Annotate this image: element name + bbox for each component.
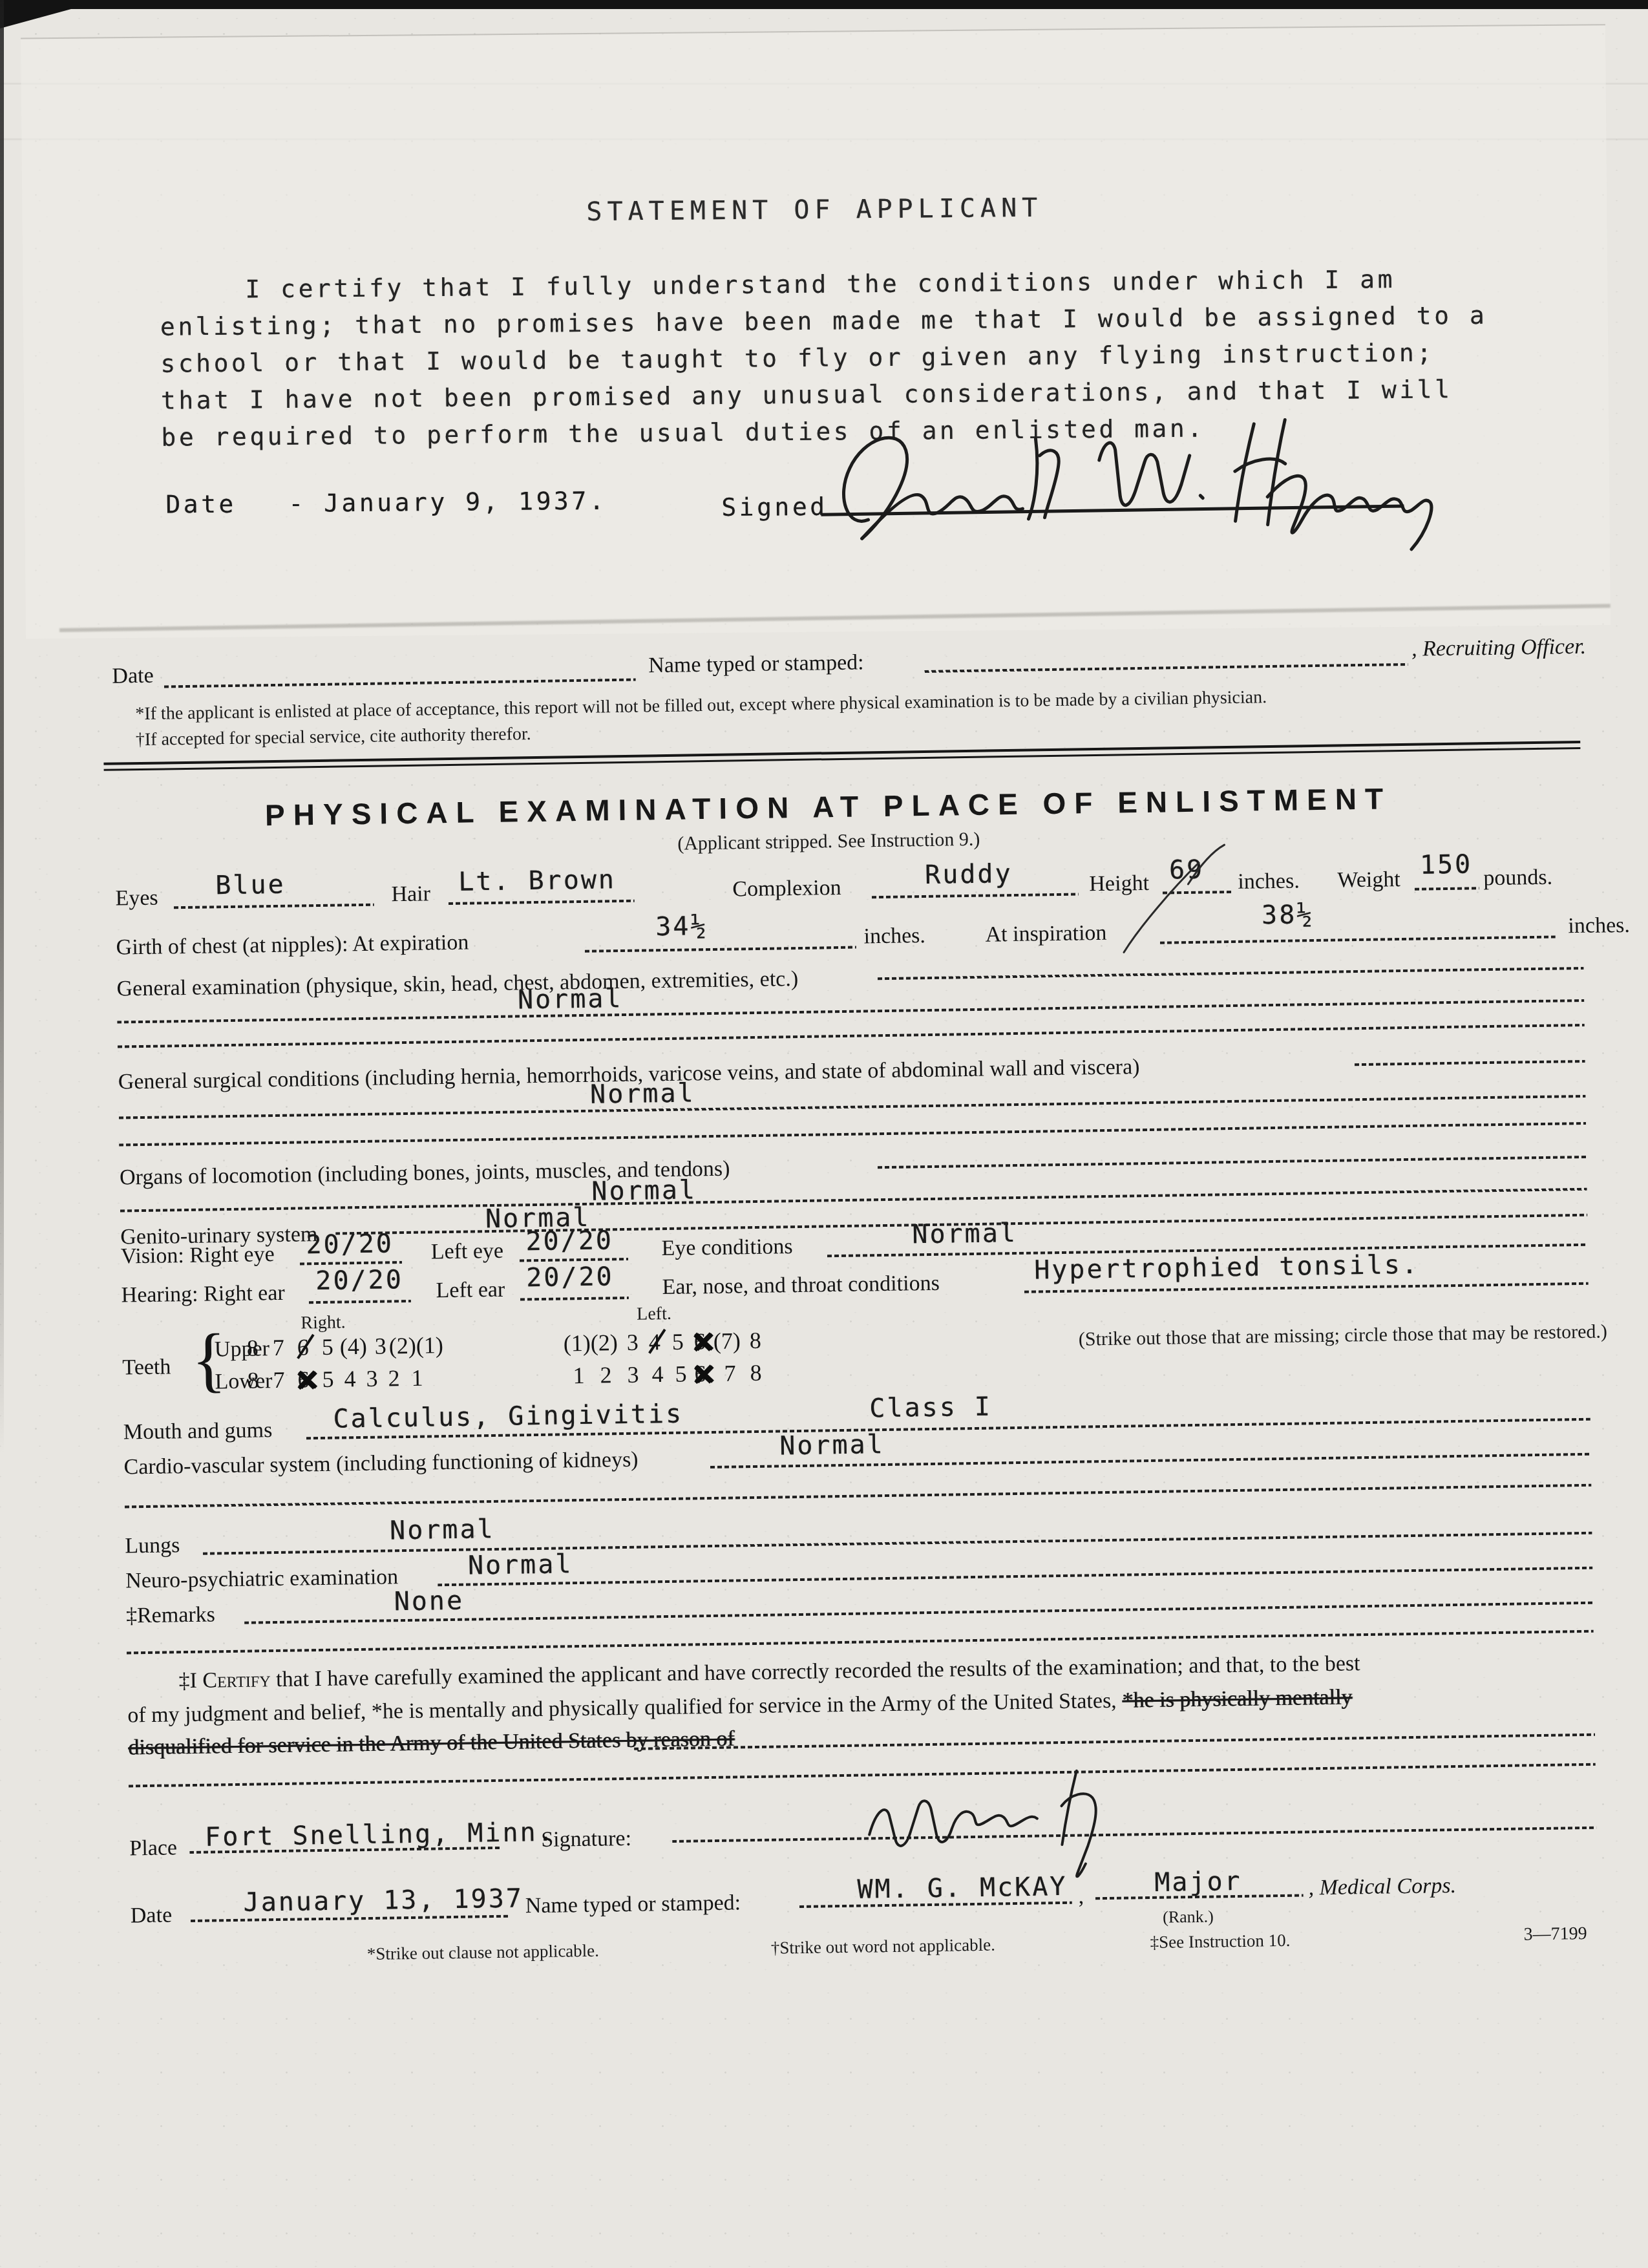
lungs-value: Normal bbox=[390, 1514, 495, 1545]
dotted-line bbox=[878, 967, 1584, 980]
tooth-lower-left-4: 4 bbox=[651, 1361, 664, 1388]
hair-value: Lt. Brown bbox=[458, 865, 616, 897]
tooth-lower-left-2: 2 bbox=[600, 1361, 612, 1388]
dotted-line bbox=[872, 893, 1079, 898]
footnote-acceptance: *If the applicant is enlisted at place o… bbox=[135, 687, 1267, 725]
attestation-date-label: Date bbox=[131, 1903, 173, 1928]
complexion-value: Ruddy bbox=[925, 859, 1013, 890]
tooth-lower-right-6-struck: 6 bbox=[297, 1366, 310, 1393]
tooth-lower-left-1: 1 bbox=[573, 1362, 585, 1389]
place-value: Fort Snelling, Minn. bbox=[205, 1818, 555, 1852]
surgical-value: Normal bbox=[590, 1078, 695, 1109]
recruiting-officer-label: , Recruiting Officer. bbox=[1411, 635, 1587, 662]
general-exam-label: General examination (physique, skin, hea… bbox=[116, 967, 798, 1002]
tooth-upper-right-5: 5 bbox=[322, 1333, 334, 1361]
document-page: STATEMENT OF APPLICANT I certify that I … bbox=[0, 0, 1648, 2268]
vision-left-value: 20/20 bbox=[525, 1225, 613, 1256]
lungs-label: Lungs bbox=[125, 1533, 180, 1558]
certification-line2: of my judgment and belief, *he is mental… bbox=[127, 1685, 1352, 1728]
tooth-upper-right-3: 3 bbox=[375, 1332, 387, 1359]
dotted-line bbox=[164, 679, 636, 688]
rank-value: Major bbox=[1154, 1867, 1242, 1898]
eye-conditions-label: Eye conditions bbox=[661, 1235, 793, 1261]
tooth-upper-right-7: 7 bbox=[273, 1334, 285, 1361]
teeth-right-label: Right. bbox=[301, 1312, 346, 1333]
teeth-left-label: Left. bbox=[637, 1304, 671, 1325]
attestation-date-value: January 13, 1937 bbox=[243, 1883, 523, 1917]
tooth-lower-right-2: 2 bbox=[388, 1364, 400, 1392]
girth-label: Girth of chest (at nipples): At expirati… bbox=[116, 931, 469, 960]
vision-right-value: 20/20 bbox=[306, 1229, 394, 1260]
dotted-line bbox=[1160, 936, 1556, 944]
dotted-line bbox=[119, 1122, 1586, 1147]
cert-certify-word: Certify bbox=[202, 1668, 271, 1693]
footer-note-word: †Strike out word not applicable. bbox=[771, 1935, 996, 1958]
remarks-value: None bbox=[394, 1586, 464, 1617]
left-ear-label: Left ear bbox=[436, 1278, 505, 1304]
tooth-upper-right-2-circled: (2) bbox=[389, 1332, 417, 1360]
height-unit: inches. bbox=[1238, 869, 1300, 894]
tooth-lower-left-5: 5 bbox=[675, 1361, 687, 1388]
recruiting-name-label: Name typed or stamped: bbox=[648, 650, 864, 678]
remarks-label: ‡Remarks bbox=[126, 1602, 215, 1628]
footer-note-clause: *Strike out clause not applicable. bbox=[367, 1941, 600, 1964]
dotted-line bbox=[117, 999, 1584, 1024]
inspiration-label: At inspiration bbox=[985, 921, 1106, 948]
tooth-lower-right-5: 5 bbox=[322, 1366, 334, 1393]
tooth-lower-right-3: 3 bbox=[366, 1365, 378, 1392]
eye-conditions-value: Normal bbox=[912, 1218, 1017, 1249]
weight-value: 150 bbox=[1420, 849, 1473, 880]
teeth-label: Teeth bbox=[122, 1355, 171, 1380]
cert-line2-struck: *he is physically mentally bbox=[1122, 1685, 1353, 1712]
tooth-lower-right-7: 7 bbox=[273, 1366, 285, 1394]
eyes-label: Eyes bbox=[115, 886, 158, 911]
dotted-line bbox=[127, 1630, 1594, 1655]
place-label: Place bbox=[129, 1836, 177, 1861]
tooth-upper-right-6-struck: 6 bbox=[297, 1333, 310, 1361]
dotted-line bbox=[174, 904, 374, 909]
attestation-name-label: Name typed or stamped: bbox=[525, 1891, 741, 1918]
tooth-lower-right-4: 4 bbox=[344, 1365, 356, 1392]
dotted-line bbox=[1355, 1060, 1585, 1066]
weight-unit: pounds. bbox=[1483, 865, 1552, 891]
tooth-lower-left-7: 7 bbox=[724, 1359, 736, 1386]
tooth-lower-right-1: 1 bbox=[411, 1364, 423, 1392]
tooth-upper-left-3: 3 bbox=[627, 1329, 639, 1356]
complexion-label: Complexion bbox=[732, 876, 841, 902]
rank-note: (Rank.) bbox=[1163, 1907, 1214, 1927]
dotted-line bbox=[191, 1915, 509, 1922]
weight-label: Weight bbox=[1337, 867, 1400, 893]
tooth-lower-left-6-struck: 6 bbox=[694, 1360, 706, 1387]
tooth-upper-left-4-struck: 4 bbox=[649, 1328, 661, 1355]
tooth-upper-left-5: 5 bbox=[672, 1328, 684, 1355]
girth-expiration-value: 34½ bbox=[655, 911, 708, 942]
tooth-upper-right-4-circled: (4) bbox=[340, 1333, 368, 1361]
dotted-line bbox=[449, 900, 635, 905]
dotted-line bbox=[309, 1300, 411, 1304]
tooth-lower-right-8: 8 bbox=[247, 1366, 259, 1394]
tooth-upper-left-8: 8 bbox=[750, 1327, 762, 1354]
ent-value: Hypertrophied tonsils. bbox=[1034, 1250, 1419, 1286]
tooth-upper-right-8: 8 bbox=[247, 1334, 259, 1361]
eyes-value: Blue bbox=[215, 870, 286, 901]
cert-line2-text: of my judgment and belief, *he is mental… bbox=[127, 1689, 1122, 1728]
cert-line1-rest: that I have carefully examined the appli… bbox=[270, 1651, 1360, 1691]
comma: , bbox=[1078, 1885, 1084, 1909]
enlistment-form: Date Name typed or stamped: , Recruiting… bbox=[0, 0, 1648, 2268]
cardio-label: Cardio-vascular system (including functi… bbox=[123, 1448, 638, 1480]
general-exam-value: Normal bbox=[518, 984, 623, 1015]
form-number: 3—7199 bbox=[1523, 1924, 1587, 1945]
corps-label: , Medical Corps. bbox=[1308, 1874, 1456, 1900]
dotted-line bbox=[585, 946, 856, 953]
tooth-upper-left-7-circled: (7) bbox=[713, 1327, 741, 1355]
cert-prefix: ‡I bbox=[178, 1669, 202, 1693]
cardio-value: Normal bbox=[779, 1430, 885, 1461]
girth-unit1: inches. bbox=[863, 924, 925, 949]
mouth-label: Mouth and gums bbox=[123, 1418, 273, 1445]
dotted-line bbox=[878, 1156, 1587, 1169]
certification-line3-struck: disqualified for service in the Army of … bbox=[128, 1727, 735, 1761]
recruiting-date-label: Date bbox=[112, 664, 154, 689]
tooth-upper-left-6-struck: 6 bbox=[694, 1328, 706, 1355]
attestation-name-value: WM. G. McKAY bbox=[857, 1872, 1068, 1905]
footer-note-instruction: ‡See Instruction 10. bbox=[1150, 1931, 1290, 1953]
tooth-upper-left-1-circled: (1) bbox=[564, 1330, 591, 1357]
tooth-upper-right-1-circled: (1) bbox=[416, 1331, 444, 1359]
girth-unit2: inches. bbox=[1568, 913, 1630, 938]
mouth-value: Calculus, Gingivitis bbox=[333, 1399, 683, 1434]
dotted-line bbox=[520, 1297, 629, 1300]
dotted-line bbox=[119, 1095, 1586, 1119]
girth-inspiration-value: 38½ bbox=[1262, 900, 1315, 930]
mouth-class-value: Class I bbox=[869, 1392, 992, 1424]
footnote-special-service: †If accepted for special service, cite a… bbox=[136, 724, 531, 750]
neuro-value: Normal bbox=[468, 1549, 573, 1580]
examiner-signature bbox=[849, 1747, 1212, 1881]
dotted-line bbox=[438, 1567, 1592, 1587]
hearing-left-value: 20/20 bbox=[526, 1262, 614, 1293]
hair-label: Hair bbox=[391, 882, 430, 907]
tooth-lower-left-3: 3 bbox=[627, 1361, 639, 1388]
left-eye-label: Left eye bbox=[430, 1239, 503, 1265]
tooth-upper-left-2-circled: (2) bbox=[591, 1329, 618, 1357]
pen-stroke bbox=[1108, 857, 1213, 955]
tooth-lower-left-8: 8 bbox=[750, 1359, 762, 1386]
signature-label: Signature: bbox=[541, 1827, 631, 1852]
hearing-label: Hearing: Right ear bbox=[121, 1281, 285, 1308]
neuro-label: Neuro-psychiatric examination bbox=[125, 1565, 399, 1593]
hearing-right-value: 20/20 bbox=[315, 1265, 403, 1296]
dotted-line bbox=[125, 1484, 1592, 1509]
vision-label: Vision: Right eye bbox=[121, 1242, 275, 1269]
teeth-note: (Strike out those that are missing; circ… bbox=[1079, 1320, 1608, 1350]
dotted-line bbox=[120, 1188, 1587, 1213]
dotted-line bbox=[118, 1024, 1585, 1048]
dotted-line bbox=[924, 663, 1408, 673]
dotted-line bbox=[1415, 887, 1479, 890]
ent-label: Ear, nose, and throat conditions bbox=[662, 1271, 940, 1300]
